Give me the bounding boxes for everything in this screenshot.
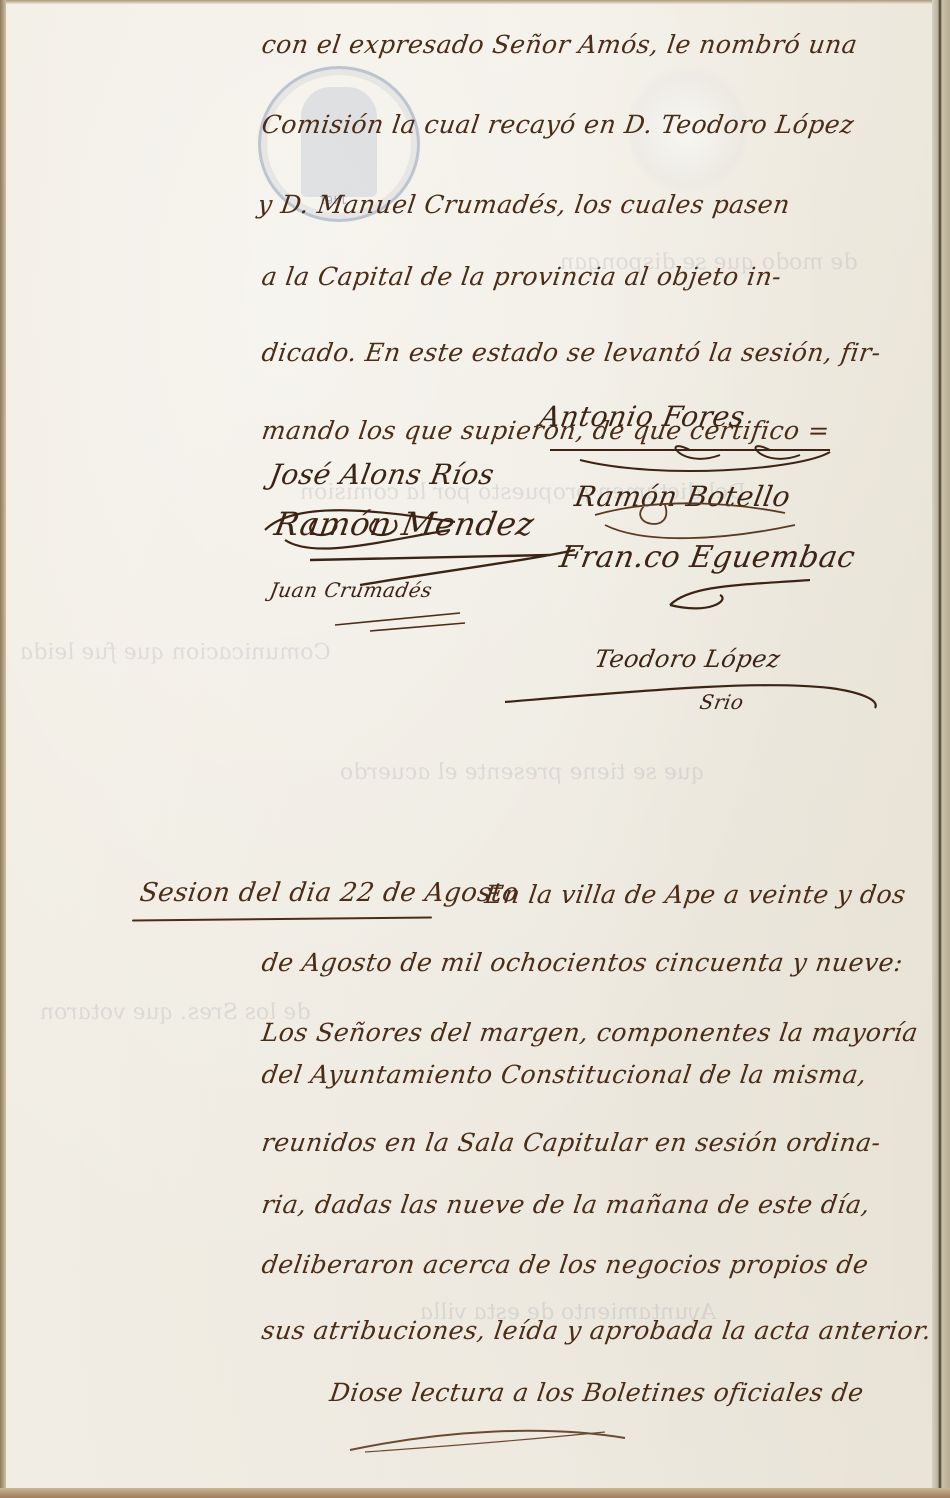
- text-line: a la Capital de la provincia al objeto i…: [260, 262, 783, 291]
- text-line: y D. Manuel Crumadés, los cuales pasen: [256, 190, 792, 219]
- session-margin-heading: Sesion del dia 22 de Agosto: [138, 878, 521, 908]
- text-line: dicado. En este estado se levantó la ses…: [260, 338, 883, 367]
- text-line: deliberaron acerca de los negocios propi…: [260, 1250, 871, 1279]
- stamp-figure: [301, 87, 377, 197]
- closing-flourish: [345, 1420, 645, 1460]
- text-line: Comisión la cual recayó en D. Teodoro Ló…: [260, 110, 856, 139]
- signature: Ramón Mendez: [272, 505, 538, 543]
- heading-underline: [132, 916, 432, 921]
- signature: Fran.co Eguembac: [557, 540, 858, 575]
- text-line: del Ayuntamiento Constitucional de la mi…: [260, 1060, 869, 1089]
- signature-flourish: [560, 575, 820, 620]
- signature: José Alons Ríos: [267, 458, 497, 491]
- signature: Srio: [698, 690, 746, 714]
- text-line: ria, dadas las nueve de la mañana de est…: [260, 1190, 872, 1219]
- text-line: Diose lectura a los Boletines oficiales …: [328, 1378, 866, 1407]
- page-edge-bottom: [0, 1488, 950, 1498]
- manuscript-page: de modo que se dispongan Del dictamen pr…: [0, 0, 950, 1498]
- signature-flourish: [585, 495, 805, 545]
- text-line: sus atribuciones, leída y aprobada la ac…: [260, 1316, 933, 1345]
- page-edge-top: [0, 0, 950, 4]
- text-line: de Agosto de mil ochocientos cincuenta y…: [260, 948, 905, 977]
- bleed-through-text: Comunicacion que fue leida: [18, 640, 332, 665]
- page-edge-left: [0, 0, 6, 1498]
- bleed-through-text: que se tiene presente el acuerdo: [338, 760, 707, 785]
- signature-flourish: [330, 605, 470, 635]
- page-edge-right: [932, 0, 950, 1498]
- text-line: Los Señores del margen, componentes la m…: [260, 1018, 920, 1047]
- signature-flourish: [500, 670, 890, 715]
- text-line: En la villa de Ape a veinte y dos: [483, 880, 908, 909]
- text-line: con el expresado Señor Amós, le nombró u…: [260, 30, 859, 59]
- text-line: reunidos en la Sala Capitular en sesión …: [260, 1128, 883, 1157]
- signature: Antonio Fores: [537, 400, 748, 433]
- signature: Juan Crumadés: [268, 578, 434, 602]
- signature: Teodoro López: [593, 645, 783, 673]
- signature-flourish: [540, 430, 840, 480]
